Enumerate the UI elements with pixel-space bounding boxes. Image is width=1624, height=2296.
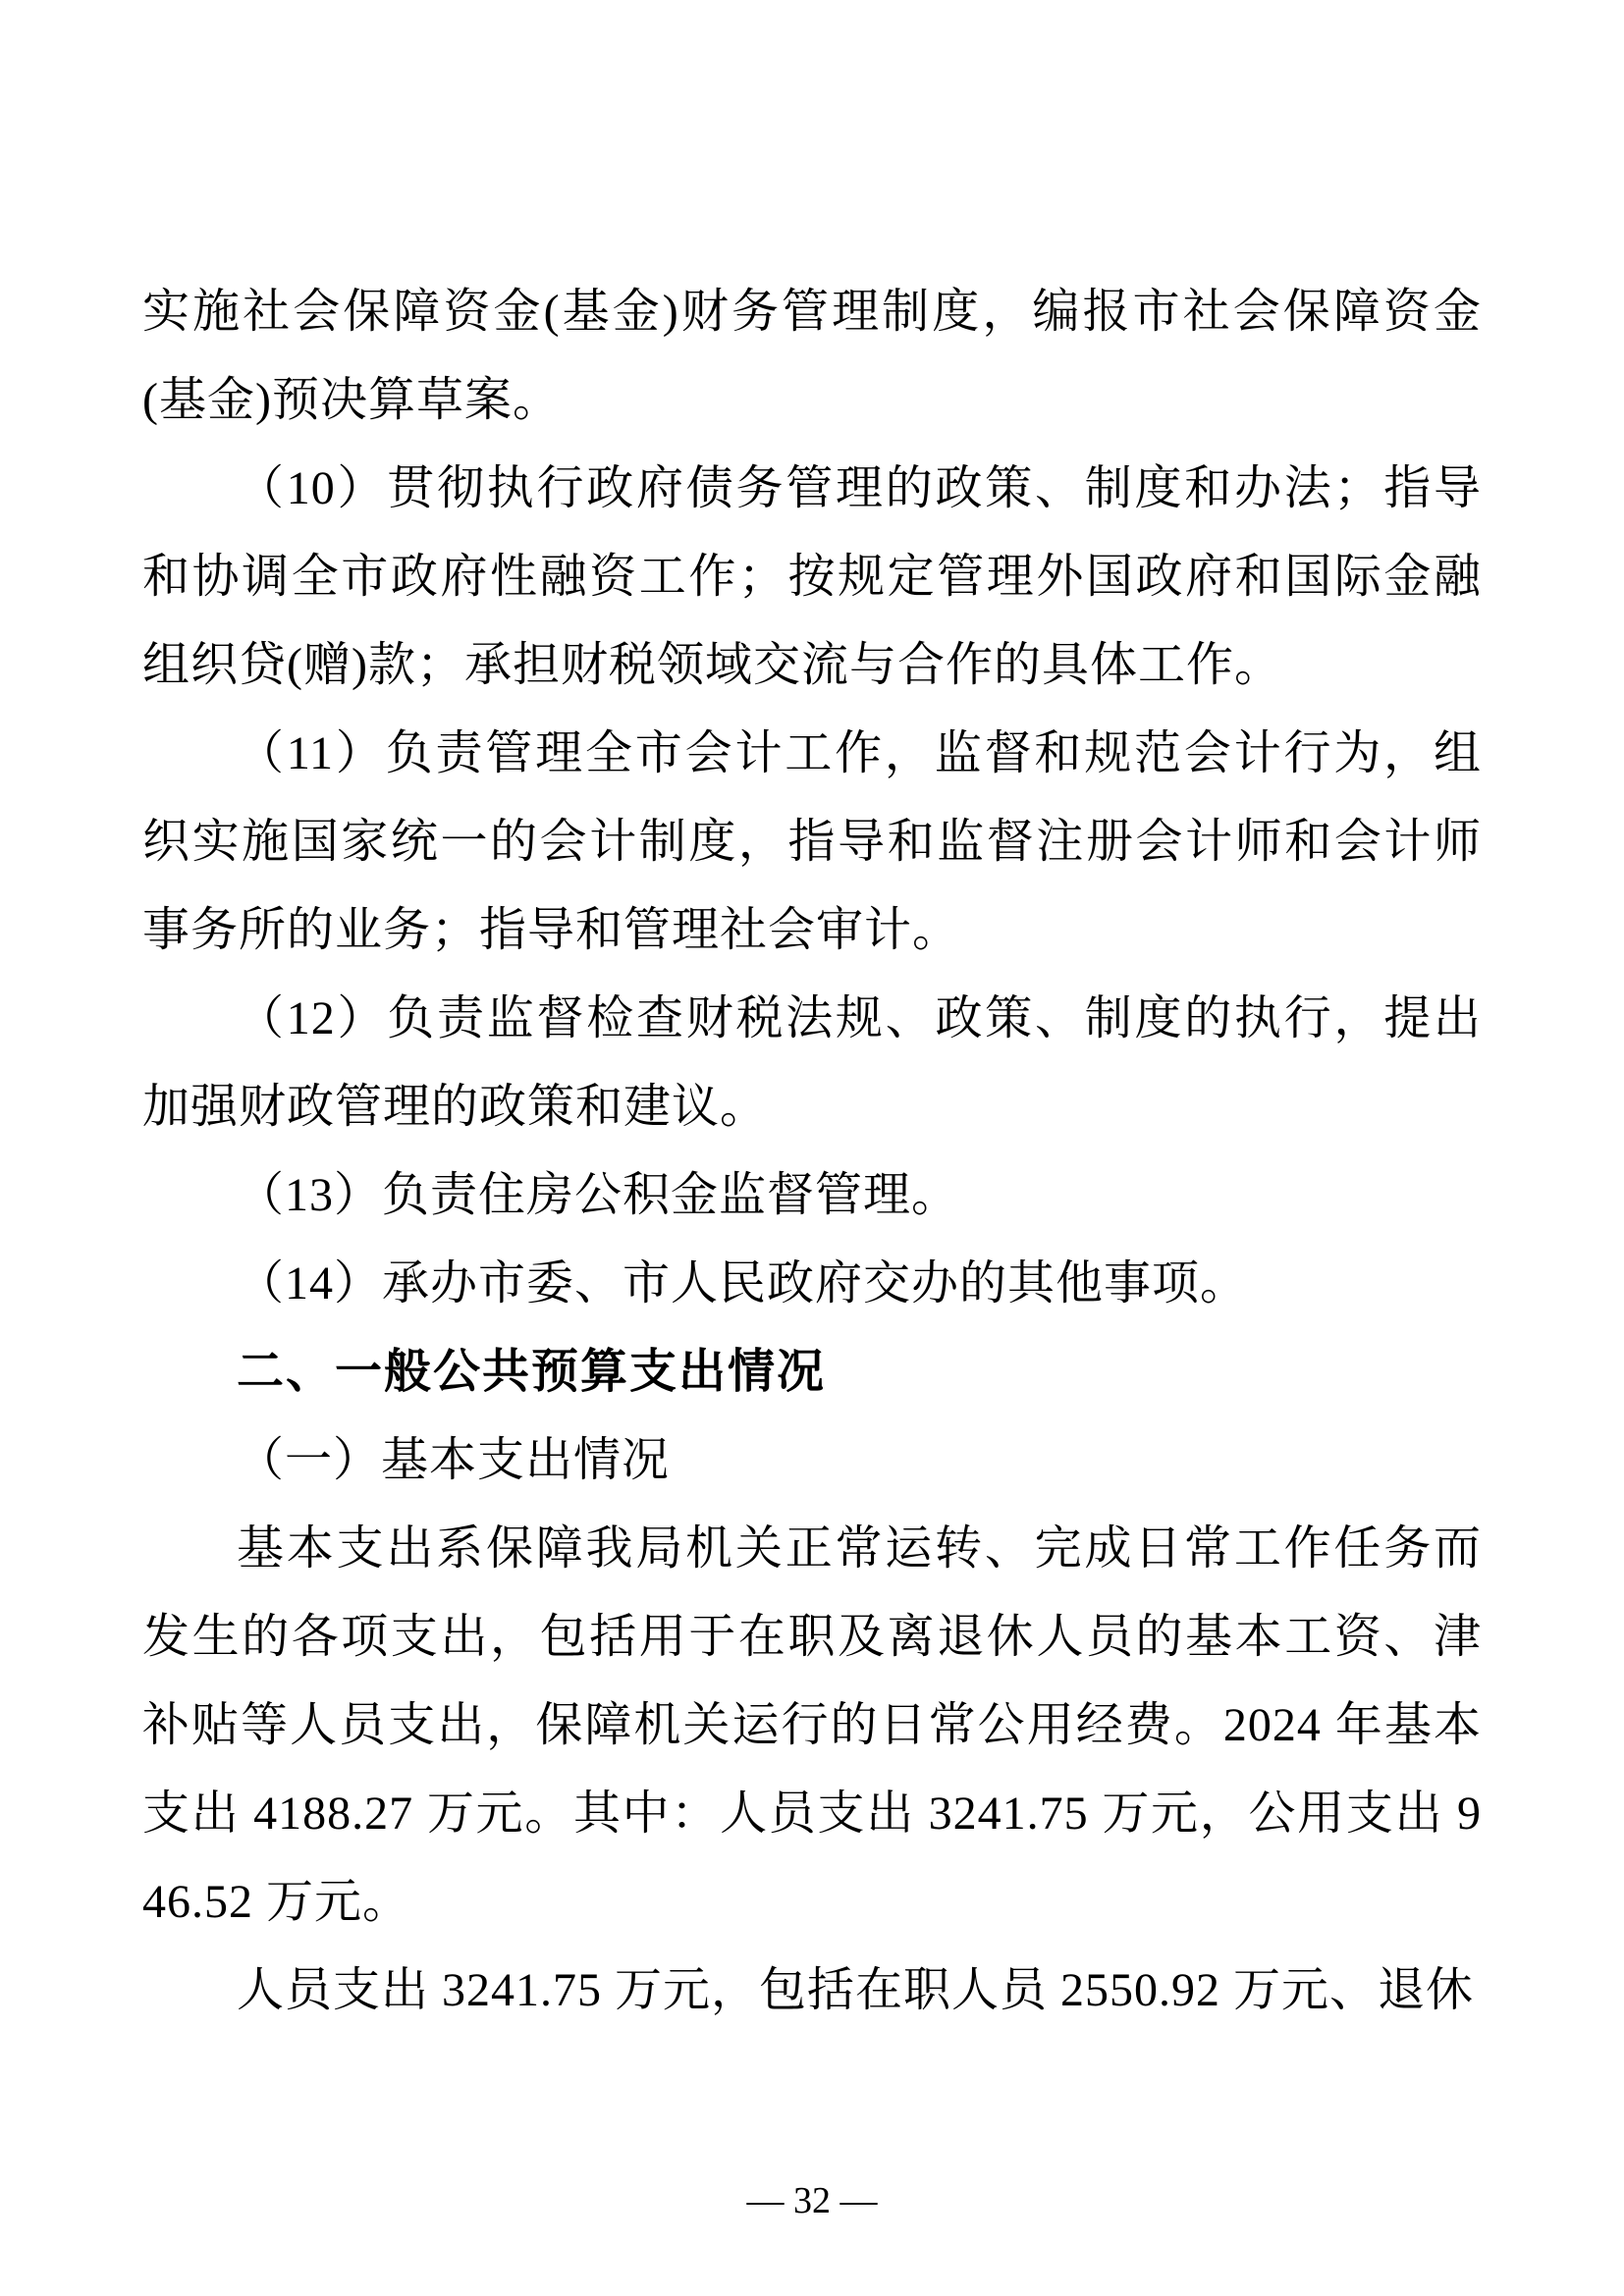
- paragraph-item-10-debt-management: （10）贯彻执行政府债务管理的政策、制度和办法；指导和协调全市政府性融资工作；按…: [142, 445, 1482, 710]
- document-body: 实施社会保障资金(基金)财务管理制度，编报市社会保障资金(基金)预决算草案。 （…: [142, 268, 1482, 2035]
- paragraph-item-13-housing-fund: （13）负责住房公积金监督管理。: [142, 1151, 1482, 1240]
- paragraph-item-12-supervision: （12）负责监督检查财税法规、政策、制度的执行，提出加强财政管理的政策和建议。: [142, 975, 1482, 1151]
- paragraph-personnel-expenditure: 人员支出 3241.75 万元，包括在职人员 2550.92 万元、退休: [142, 1947, 1482, 2035]
- paragraph-basic-expenditure-detail: 基本支出系保障我局机关正常运转、完成日常工作任务而发生的各项支出，包括用于在职及…: [142, 1505, 1482, 1947]
- page-number: — 32 —: [0, 2177, 1624, 2224]
- document-page: 实施社会保障资金(基金)财务管理制度，编报市社会保障资金(基金)预决算草案。 （…: [0, 0, 1624, 2296]
- section-heading-public-budget-expenditure: 二、一般公共预算支出情况: [142, 1328, 1482, 1416]
- paragraph-item-14-other-matters: （14）承办市委、市人民政府交办的其他事项。: [142, 1240, 1482, 1328]
- paragraph-social-security-funds: 实施社会保障资金(基金)财务管理制度，编报市社会保障资金(基金)预决算草案。: [142, 268, 1482, 445]
- subsection-heading-basic-expenditure: （一）基本支出情况: [142, 1416, 1482, 1505]
- paragraph-item-11-accounting: （11）负责管理全市会计工作，监督和规范会计行为，组织实施国家统一的会计制度，指…: [142, 710, 1482, 975]
